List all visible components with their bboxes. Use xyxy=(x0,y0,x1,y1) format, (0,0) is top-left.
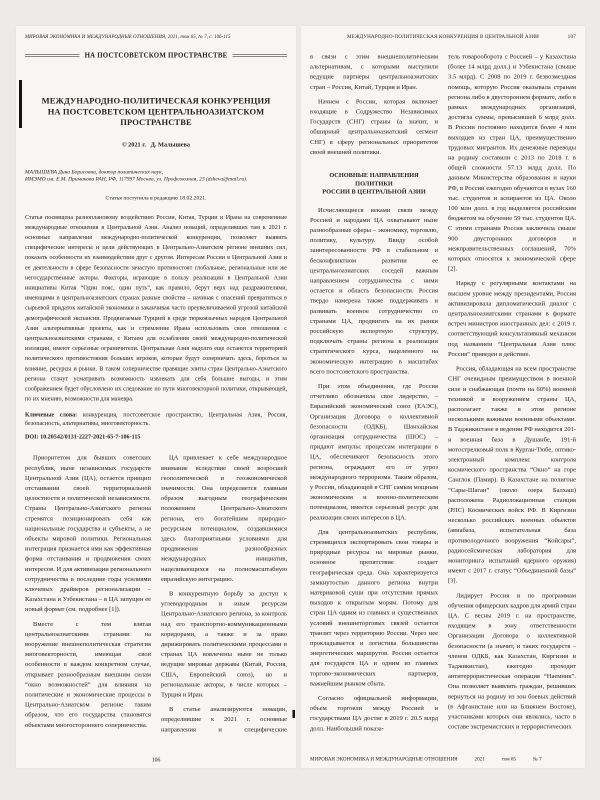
column-left: в связи с этим внешнеполитическим альтер… xyxy=(310,52,438,741)
page-106: МИРОВАЯ ЭКОНОМИКА И МЕЖДУНАРОДНЫЕ ОТНОШЕ… xyxy=(16,26,296,768)
paragraph: тель товарооборота с Россией – у Казахст… xyxy=(448,52,576,274)
paragraph: В статье анализируются новации, определи… xyxy=(161,704,287,736)
affiliation-line: ИМЭМО им. Е.М. Примакова РАН, РФ, 117997… xyxy=(25,176,287,183)
banner-rule-left xyxy=(25,54,80,57)
paragraph: При этом объединения, где Россия отчетли… xyxy=(310,381,438,522)
paragraph: Для центральноазиатских республик, стрем… xyxy=(310,527,438,689)
column-left: Приоритетом для бывших советских республ… xyxy=(25,453,151,736)
article-title: МЕЖДУНАРОДНО-ПОЛИТИЧЕСКАЯ КОНКУРЕНЦИЯ НА… xyxy=(25,96,287,128)
keywords-label: Ключевые слова: xyxy=(25,411,77,418)
banner-rule-right xyxy=(232,54,287,57)
paragraph: Россия, обладающая на всем пространстве … xyxy=(448,364,576,586)
paragraph: ЦА привлекает к себе международное внима… xyxy=(161,453,287,584)
running-head-title: МЕЖДУНАРОДНО-ПОЛИТИЧЕСКАЯ КОНКУРЕНЦИЯ В … xyxy=(347,34,539,40)
body-columns-107: в связи с этим внешнеполитическим альтер… xyxy=(310,52,576,741)
running-head: МЕЖДУНАРОДНО-ПОЛИТИЧЕСКАЯ КОНКУРЕНЦИЯ В … xyxy=(310,34,576,40)
scan-artifact-bar xyxy=(19,80,22,128)
footer-year: 2021 xyxy=(475,757,485,763)
section-banner: НА ПОСТСОВЕТСКОМ ПРОСТРАНСТВЕ xyxy=(25,52,287,60)
section-heading-line: РОССИИ В ЦЕНТРАЛЬНОЙ АЗИИ xyxy=(310,188,438,196)
affiliation-line: МАЛЫШЕВА Дина Борисовна, доктор политиче… xyxy=(25,168,287,175)
paragraph: Начнем с России, которая включает входящ… xyxy=(310,96,438,157)
paragraph: В конкурентную борьбу за доступ к углево… xyxy=(161,589,287,700)
section-heading: ОСНОВНЫЕ НАПРАВЛЕНИЯ ПОЛИТИКИ РОССИИ В Ц… xyxy=(310,171,438,196)
journal-footer: МИРОВАЯ ЭКОНОМИКА И МЕЖДУНАРОДНЫЕ ОТНОШЕ… xyxy=(310,757,542,763)
paragraph: Исчисляющиеся веками связи между Россией… xyxy=(310,205,438,377)
keywords: Ключевые слова: конкуренция, постсоветск… xyxy=(25,411,287,428)
body-columns-106: Приоритетом для бывших советских республ… xyxy=(25,453,287,736)
article-title-line: ПРОСТРАНСТВЕ xyxy=(25,117,287,128)
journal-spread: МИРОВАЯ ЭКОНОМИКА И МЕЖДУНАРОДНЫЕ ОТНОШЕ… xyxy=(0,0,600,800)
scan-artifact-tick xyxy=(293,710,296,718)
paragraph: Вместе с тем взятая центральноазиатскими… xyxy=(25,619,151,730)
received-date: Статья поступила в редакцию 18.02.2021. xyxy=(25,195,287,201)
column-right: тель товарооборота с Россией – у Казахст… xyxy=(448,52,576,741)
footer-issue: № 7 xyxy=(533,757,542,763)
author-affiliation: МАЛЫШЕВА Дина Борисовна, доктор политиче… xyxy=(25,168,287,183)
doi: DOI: 10.20542/0131-2227-2021-65-7-106-11… xyxy=(25,433,287,441)
paragraph: Согласно официальной информации, объем т… xyxy=(310,693,438,733)
section-banner-label: НА ПОСТСОВЕТСКОМ ПРОСТРАНСТВЕ xyxy=(85,52,228,60)
article-byline: © 2021 г. Д. Малышева xyxy=(25,141,287,149)
paragraph: Наряду с регулярными контактами на высше… xyxy=(448,278,576,359)
paragraph: в связи с этим внешнеполитическим альтер… xyxy=(310,52,438,92)
abstract-text: Статья посвящена разноплановому воздейст… xyxy=(25,212,287,404)
page-107: МЕЖДУНАРОДНО-ПОЛИТИЧЕСКАЯ КОНКУРЕНЦИЯ В … xyxy=(301,26,585,768)
paragraph: Приоритетом для бывших советских республ… xyxy=(25,453,151,615)
page-number-106: 106 xyxy=(16,757,296,763)
article-title-line: МЕЖДУНАРОДНО-ПОЛИТИЧЕСКАЯ КОНКУРЕНЦИЯ xyxy=(25,96,287,107)
footer-volume: том 65 xyxy=(502,757,516,763)
article-title-line: НА ПОСТСОВЕТСКОМ ЦЕНТРАЛЬНОАЗИАТСКОМ xyxy=(25,106,287,117)
journal-reference: МИРОВАЯ ЭКОНОМИКА И МЕЖДУНАРОДНЫЕ ОТНОШЕ… xyxy=(25,34,287,40)
footer-journal-name: МИРОВАЯ ЭКОНОМИКА И МЕЖДУНАРОДНЫЕ ОТНОШЕ… xyxy=(310,757,458,763)
section-heading-line: ОСНОВНЫЕ НАПРАВЛЕНИЯ ПОЛИТИКИ xyxy=(310,171,438,188)
paragraph: Лидирует Россия и по программам обучения… xyxy=(448,590,576,731)
column-right: ЦА привлекает к себе международное внима… xyxy=(161,453,287,736)
page-number-107: 107 xyxy=(568,34,576,40)
